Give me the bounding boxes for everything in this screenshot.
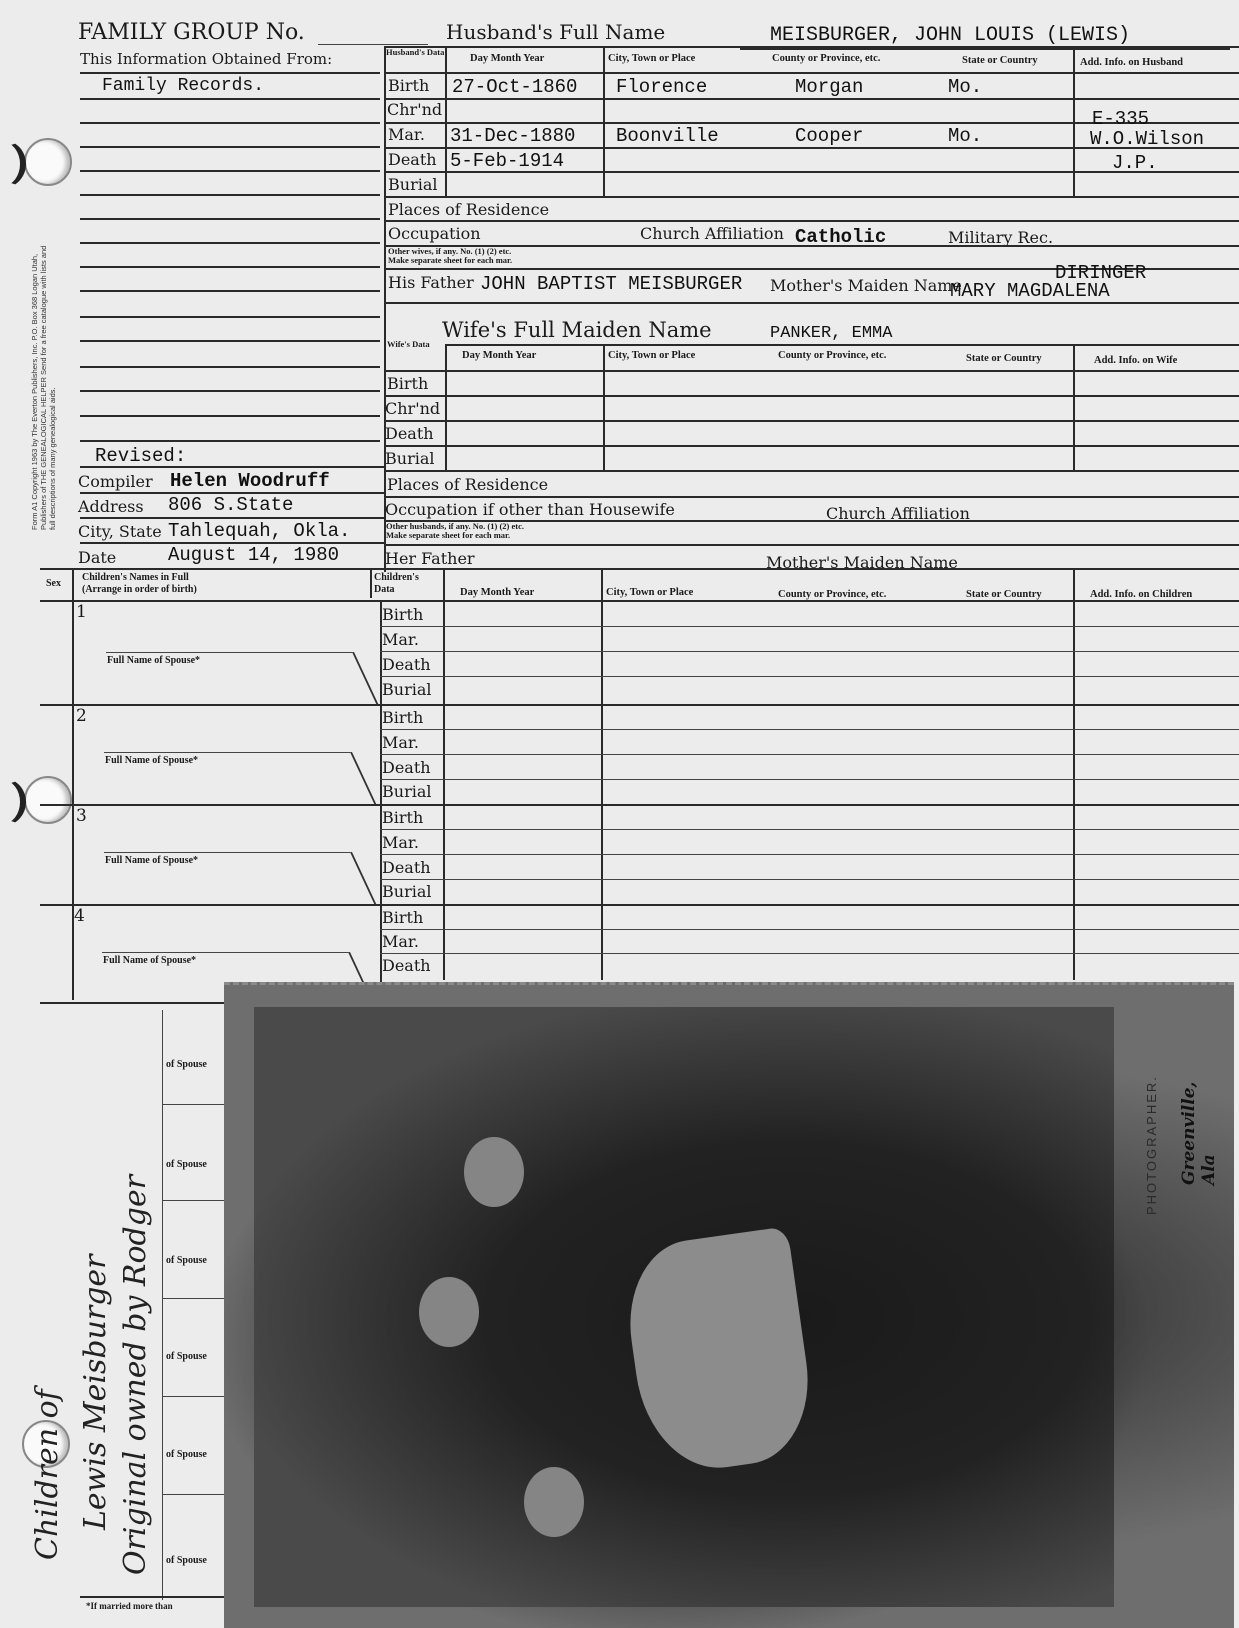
photo-location-handwriting: Greenville, Ala bbox=[1179, 1082, 1219, 1185]
child-face bbox=[464, 1137, 524, 1207]
add-info-title: J.P. bbox=[1112, 152, 1158, 174]
rule bbox=[40, 600, 1239, 602]
punch-hole-shadow bbox=[0, 778, 26, 826]
church-affiliation-label: Church Affiliation bbox=[640, 224, 784, 243]
his-father-label: His Father bbox=[388, 273, 474, 292]
child-col-county: County or Province, etc. bbox=[778, 589, 886, 600]
rule bbox=[80, 290, 380, 292]
event-label: Burial bbox=[382, 782, 431, 801]
child-col-date: Day Month Year bbox=[460, 587, 534, 598]
family-group-number-line bbox=[318, 44, 428, 45]
rule bbox=[40, 568, 1239, 570]
event-label: Death bbox=[382, 758, 431, 777]
wife-col-county: County or Province, etc. bbox=[778, 350, 886, 361]
info-obtained-value: Family Records. bbox=[102, 76, 264, 96]
rule bbox=[380, 829, 1239, 830]
rule bbox=[380, 953, 1239, 954]
death-date: 5-Feb-1914 bbox=[450, 150, 564, 172]
compiler-label: Compiler bbox=[78, 472, 153, 491]
rule bbox=[162, 1494, 228, 1495]
spouse-connector bbox=[352, 652, 378, 704]
wife-event-death: Death bbox=[385, 424, 434, 443]
occupation-label: Occupation bbox=[388, 224, 481, 243]
other-husbands-note: Other husbands, if any. No. (1) (2) etc.… bbox=[386, 522, 524, 540]
rule bbox=[80, 170, 380, 172]
event-label: Death bbox=[382, 655, 431, 674]
rule bbox=[380, 779, 1239, 780]
rule bbox=[72, 568, 74, 1000]
rule bbox=[162, 1298, 228, 1299]
rule bbox=[384, 544, 1239, 546]
event-label: Birth bbox=[388, 76, 429, 95]
child-face bbox=[419, 1277, 479, 1347]
rule bbox=[384, 245, 1239, 247]
footnote: *If married more than bbox=[86, 1602, 173, 1611]
rule bbox=[80, 122, 380, 124]
rule bbox=[443, 568, 445, 980]
birth-city: Florence bbox=[616, 76, 707, 98]
child-number: 1 bbox=[76, 602, 87, 622]
copyright-notice: Form A1 Copyright 1963 by The Everton Pu… bbox=[30, 240, 57, 530]
rule bbox=[380, 854, 1239, 855]
event-label: Birth bbox=[382, 605, 423, 624]
husband-full-name: MEISBURGER, JOHN LOUIS (LEWIS) bbox=[770, 24, 1130, 47]
col-sex: Sex bbox=[46, 579, 61, 588]
city-state-label: City, State bbox=[78, 522, 162, 541]
wife-event-christened: Chr'nd bbox=[385, 399, 440, 418]
punch-hole-shadow bbox=[0, 140, 26, 188]
rule bbox=[384, 46, 1239, 48]
birth-county: Morgan bbox=[795, 76, 863, 98]
event-label: Death bbox=[382, 858, 431, 877]
spouse-label-partial: of Spouse bbox=[166, 1556, 207, 1565]
rule bbox=[40, 1002, 230, 1004]
marriage-county: Cooper bbox=[795, 125, 863, 147]
wife-event-burial: Burial bbox=[385, 449, 434, 468]
col-children-data: Children's Data bbox=[374, 572, 419, 596]
rule bbox=[40, 904, 1239, 906]
add-info-officiant: W.O.Wilson bbox=[1090, 128, 1204, 150]
spouse-connector bbox=[350, 752, 376, 804]
rule bbox=[601, 568, 603, 980]
rule bbox=[80, 1596, 230, 1598]
event-label: Mar. bbox=[382, 932, 419, 951]
rule bbox=[80, 72, 380, 74]
rule bbox=[384, 196, 1239, 198]
event-label: Mar. bbox=[382, 733, 419, 752]
his-father-value: JOHN BAPTIST MEISBURGER bbox=[480, 273, 742, 295]
rule bbox=[40, 704, 1239, 706]
rule bbox=[162, 1396, 228, 1397]
wife-col-date: Day Month Year bbox=[462, 350, 536, 361]
rule bbox=[384, 420, 1239, 422]
address-value: 806 S.State bbox=[168, 494, 293, 516]
birth-date: 27-Oct-1860 bbox=[452, 76, 577, 98]
child-col-city: City, Town or Place bbox=[606, 587, 693, 598]
spouse-label: Full Name of Spouse* bbox=[103, 956, 196, 965]
wife-occupation-label: Occupation if other than Housewife bbox=[385, 500, 675, 519]
rule bbox=[370, 568, 372, 598]
wife-col-state: State or Country bbox=[966, 353, 1042, 364]
handwritten-note-line3: Original owned by Rodger bbox=[118, 1175, 153, 1575]
rule bbox=[380, 929, 1239, 930]
wife-col-add-info: Add. Info. on Wife bbox=[1094, 355, 1177, 366]
col-date: Day Month Year bbox=[470, 53, 544, 64]
rule bbox=[162, 1104, 228, 1105]
event-label: Death bbox=[382, 956, 431, 975]
child-number: 3 bbox=[76, 806, 87, 826]
revised-label: Revised: bbox=[95, 445, 186, 467]
spouse-label-partial: of Spouse bbox=[166, 1450, 207, 1459]
city-state-value: Tahlequah, Okla. bbox=[168, 520, 350, 542]
col-state: State or Country bbox=[962, 55, 1038, 66]
spouse-label: Full Name of Spouse* bbox=[105, 756, 198, 765]
rule bbox=[603, 46, 605, 196]
spouse-connector bbox=[348, 952, 364, 982]
date-value: August 14, 1980 bbox=[168, 544, 339, 566]
rule bbox=[80, 218, 380, 220]
wife-full-name: PANKER, EMMA bbox=[770, 324, 892, 343]
rule bbox=[1073, 568, 1075, 980]
rule bbox=[446, 344, 1239, 346]
rule bbox=[384, 46, 386, 572]
compiler-value: Helen Woodruff bbox=[170, 470, 330, 492]
spouse-label-partial: of Spouse bbox=[166, 1352, 207, 1361]
rule bbox=[80, 316, 380, 318]
wife-col-city: City, Town or Place bbox=[608, 350, 695, 361]
rule bbox=[445, 344, 447, 470]
rule bbox=[384, 98, 1239, 100]
col-county: County or Province, etc. bbox=[772, 53, 880, 64]
rule bbox=[380, 729, 1239, 730]
rule bbox=[380, 754, 1239, 755]
handwritten-note-line1: Children of bbox=[30, 1389, 65, 1560]
his-mother-value: MARY MAGDALENA bbox=[950, 280, 1110, 302]
rule bbox=[1073, 46, 1075, 196]
rule bbox=[384, 395, 1239, 397]
spouse-label-partial: of Spouse bbox=[166, 1256, 207, 1265]
rule bbox=[80, 340, 380, 342]
handwritten-note-line2: Lewis Meisburger bbox=[78, 1254, 113, 1530]
birth-state: Mo. bbox=[948, 76, 982, 98]
rule bbox=[104, 752, 350, 753]
husband-name-underline bbox=[740, 48, 1230, 50]
rule bbox=[384, 496, 1239, 498]
rule bbox=[380, 651, 1239, 652]
spouse-label-partial: of Spouse bbox=[166, 1160, 207, 1169]
spouse-connector bbox=[350, 852, 376, 904]
rule bbox=[106, 652, 352, 653]
date-label: Date bbox=[78, 548, 116, 567]
rule bbox=[384, 220, 1239, 222]
rule bbox=[80, 415, 380, 417]
event-label: Chr'nd bbox=[387, 100, 442, 119]
event-label: Birth bbox=[382, 708, 423, 727]
address-label: Address bbox=[78, 497, 144, 516]
child-face bbox=[524, 1467, 584, 1537]
col-husband-data: Husband's Data bbox=[386, 48, 444, 57]
punch-hole bbox=[24, 138, 72, 186]
rule bbox=[384, 445, 1239, 447]
rule bbox=[80, 440, 380, 442]
event-label: Burial bbox=[382, 680, 431, 699]
photo-image-area bbox=[254, 1007, 1114, 1607]
marriage-state: Mo. bbox=[948, 125, 982, 147]
rule bbox=[380, 676, 1239, 677]
other-wives-note: Other wives, if any. No. (1) (2) etc. Ma… bbox=[388, 247, 512, 265]
rule bbox=[384, 302, 1239, 304]
marriage-city: Boonville bbox=[616, 125, 719, 147]
rule bbox=[162, 1200, 228, 1201]
white-dress bbox=[619, 1226, 819, 1477]
rule bbox=[80, 146, 380, 148]
rule bbox=[1073, 344, 1075, 470]
event-label: Death bbox=[388, 150, 437, 169]
event-label: Mar. bbox=[382, 630, 419, 649]
col-add-info: Add. Info. on Husband bbox=[1080, 57, 1183, 68]
spouse-label: Full Name of Spouse* bbox=[105, 856, 198, 865]
spouse-label-partial: of Spouse bbox=[166, 1060, 207, 1069]
event-label: Mar. bbox=[382, 833, 419, 852]
wife-places-of-residence-label: Places of Residence bbox=[387, 475, 548, 494]
rule bbox=[162, 1010, 163, 1600]
child-col-state: State or Country bbox=[966, 589, 1042, 600]
places-of-residence-label: Places of Residence bbox=[388, 200, 549, 219]
his-mother-label: Mother's Maiden Name bbox=[770, 276, 962, 295]
wife-full-name-label: Wife's Full Maiden Name bbox=[442, 318, 712, 342]
rule bbox=[40, 804, 1239, 806]
rule bbox=[384, 72, 1239, 74]
child-col-add-info: Add. Info. on Children bbox=[1090, 589, 1192, 600]
rule bbox=[380, 879, 1239, 880]
rule bbox=[384, 470, 1239, 472]
child-number: 2 bbox=[76, 706, 87, 726]
add-info-reference: E-335 bbox=[1092, 108, 1149, 130]
col-city: City, Town or Place bbox=[608, 53, 695, 64]
rule bbox=[380, 626, 1239, 627]
rule bbox=[80, 466, 384, 468]
col-children-names: Children's Names in Full (Arrange in ord… bbox=[82, 572, 197, 596]
her-father-label: Her Father bbox=[385, 549, 475, 568]
rule bbox=[80, 366, 380, 368]
spouse-label: Full Name of Spouse* bbox=[107, 656, 200, 665]
cabinet-card-photograph: PHOTOGRAPHER. Greenville, Ala bbox=[224, 982, 1234, 1628]
event-label: Birth bbox=[382, 808, 423, 827]
child-number: 4 bbox=[74, 906, 85, 926]
rule bbox=[80, 98, 380, 100]
husband-full-name-label: Husband's Full Name bbox=[446, 20, 665, 44]
marriage-date: 31-Dec-1880 bbox=[450, 125, 575, 147]
event-label: Burial bbox=[382, 882, 431, 901]
event-label: Birth bbox=[382, 908, 423, 927]
event-label: Burial bbox=[388, 175, 437, 194]
punch-hole bbox=[24, 776, 72, 824]
rule bbox=[80, 390, 380, 392]
rule bbox=[102, 952, 348, 953]
rule bbox=[80, 517, 384, 519]
rule bbox=[445, 46, 447, 196]
wife-event-birth: Birth bbox=[387, 374, 428, 393]
rule bbox=[80, 266, 380, 268]
col-wife-data: Wife's Data bbox=[387, 340, 430, 349]
rule bbox=[603, 344, 605, 470]
event-label: Mar. bbox=[388, 125, 425, 144]
rule bbox=[80, 194, 380, 196]
form-title: FAMILY GROUP No. bbox=[78, 20, 305, 45]
photographer-imprint: PHOTOGRAPHER. bbox=[1144, 1075, 1159, 1215]
rule bbox=[80, 242, 380, 244]
info-obtained-label: This Information Obtained From: bbox=[80, 50, 332, 68]
rule bbox=[104, 852, 350, 853]
rule bbox=[384, 370, 1239, 372]
